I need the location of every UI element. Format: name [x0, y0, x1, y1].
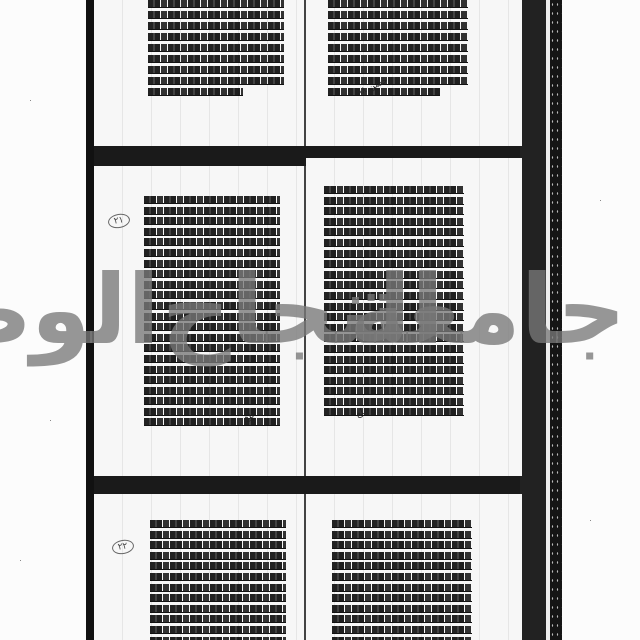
film-frame-middle: ٢١ بلغ بلغ	[94, 164, 526, 476]
manuscript-page-right	[306, 494, 522, 640]
dust-speck	[600, 200, 601, 201]
manuscript-page-right: حسن ٩٨	[306, 0, 522, 146]
dust-speck	[30, 100, 31, 101]
film-frame-bottom: ٢٢	[94, 494, 526, 640]
manuscript-page-left: ٢١ بلغ	[94, 166, 306, 476]
text-block	[328, 0, 468, 96]
film-frame-top: حسن ٩٨	[94, 0, 526, 146]
manuscript-page-left	[94, 0, 306, 146]
text-block	[324, 186, 464, 416]
film-strip-left-edge	[86, 0, 94, 640]
text-block	[144, 196, 280, 426]
manuscript-page-left: ٢٢	[94, 494, 306, 640]
folio-number: ٢٢	[111, 538, 135, 556]
text-block	[150, 520, 286, 640]
dust-speck	[50, 420, 51, 421]
folio-number: ٢١	[107, 212, 131, 230]
text-block	[148, 0, 284, 96]
dust-speck	[20, 560, 21, 561]
film-strip-right-edge	[550, 0, 562, 640]
dust-speck	[590, 520, 591, 521]
manuscript-page-right: بلغ	[306, 158, 522, 476]
text-block	[332, 520, 472, 640]
